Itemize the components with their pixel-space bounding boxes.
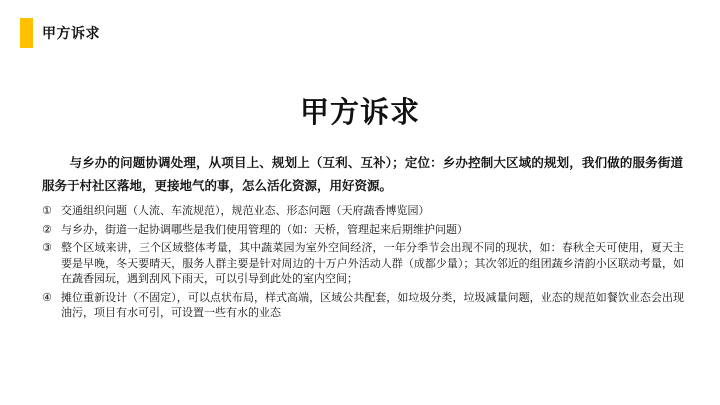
- list-item: ① 交通组织问题（人流、车流规范），规范业态、形态问题（天府蔬香博览园）: [42, 203, 684, 219]
- list-item-marker: ①: [42, 203, 61, 219]
- intro-paragraph: 与乡办的问题协调处理，从项目上、规划上（互利、互补）；定位：乡办控制大区域的规划…: [42, 151, 683, 197]
- list-item-text: 交通组织问题（人流、车流规范），规范业态、形态问题（天府蔬香博览园）: [61, 203, 684, 219]
- list-item: ④ 摊位重新设计（不固定），可以点状布局，样式高端，区域公共配套，如垃圾分类，垃…: [42, 290, 684, 321]
- presentation-slide: 甲方诉求 甲方诉求 与乡办的问题协调处理，从项目上、规划上（互利、互补）；定位：…: [0, 0, 720, 405]
- list-item-marker: ③: [42, 240, 61, 287]
- demand-list: ① 交通组织问题（人流、车流规范），规范业态、形态问题（天府蔬香博览园） ② 与…: [42, 203, 684, 324]
- list-item-text: 摊位重新设计（不固定），可以点状布局，样式高端，区域公共配套，如垃圾分类，垃圾减…: [61, 290, 684, 321]
- accent-bar: [20, 18, 33, 48]
- slide-header: 甲方诉求: [20, 18, 100, 48]
- list-item-marker: ④: [42, 290, 61, 321]
- list-item-text: 整个区域来讲，三个区域整体考量，其中蔬菜园为室外空间经济，一年分季节会出现不同的…: [61, 240, 684, 287]
- list-item: ② 与乡办，街道一起协调哪些是我们使用管理的（如：天桥，管理起来后期维护问题）: [42, 222, 684, 238]
- list-item-marker: ②: [42, 222, 61, 238]
- header-label: 甲方诉求: [42, 23, 100, 43]
- list-item: ③ 整个区域来讲，三个区域整体考量，其中蔬菜园为室外空间经济，一年分季节会出现不…: [42, 240, 684, 287]
- list-item-text: 与乡办，街道一起协调哪些是我们使用管理的（如：天桥，管理起来后期维护问题）: [61, 222, 684, 238]
- page-title: 甲方诉求: [0, 90, 720, 131]
